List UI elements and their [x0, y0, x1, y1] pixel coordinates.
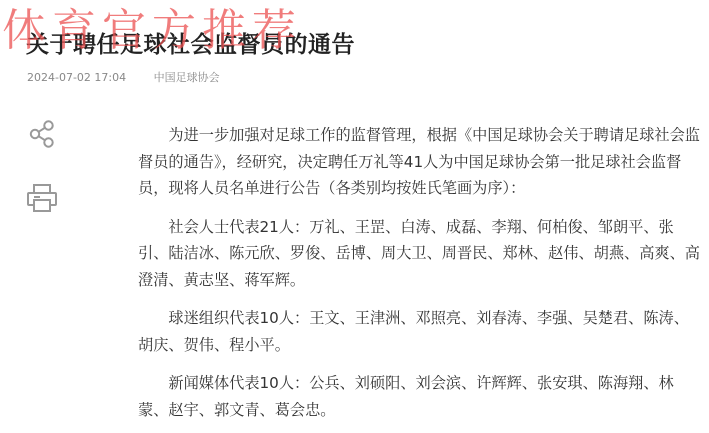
intro-paragraph: 为进一步加强对足球工作的监督管理，根据《中国足球协会关于聘请足球社会监督员的通告… [138, 122, 704, 202]
print-icon [26, 182, 58, 214]
article-meta: 2024-07-02 17:04 中国足球协会 [27, 69, 220, 85]
group-paragraph-social: 社会人士代表21人：万礼、王罡、白涛、成磊、李翔、何柏俊、邹朗平、张引、陆洁冰、… [138, 214, 704, 294]
group-label: 球迷组织代表10人： [168, 309, 309, 327]
article-body: 为进一步加强对足球工作的监督管理，根据《中国足球协会关于聘请足球社会监督员的通告… [138, 122, 704, 433]
group-paragraph-fans: 球迷组织代表10人：王文、王津洲、邓照亮、刘春涛、李强、吴楚君、陈涛、胡庆、贺伟… [138, 305, 704, 358]
article-title: 关于聘任足球社会监督员的通告 [26, 26, 355, 59]
article-source: 中国足球协会 [154, 71, 220, 84]
share-button[interactable] [26, 117, 58, 151]
group-label: 社会人士代表21人： [168, 218, 309, 236]
publish-date: 2024-07-02 17:04 [27, 71, 126, 84]
group-label: 新闻媒体代表10人： [168, 374, 309, 392]
group-paragraph-media: 新闻媒体代表10人：公兵、刘硕阳、刘会滨、许辉辉、张安琪、陈海翔、林蒙、赵宇、郭… [138, 370, 704, 423]
share-icon [27, 119, 57, 149]
print-button[interactable] [26, 181, 58, 215]
